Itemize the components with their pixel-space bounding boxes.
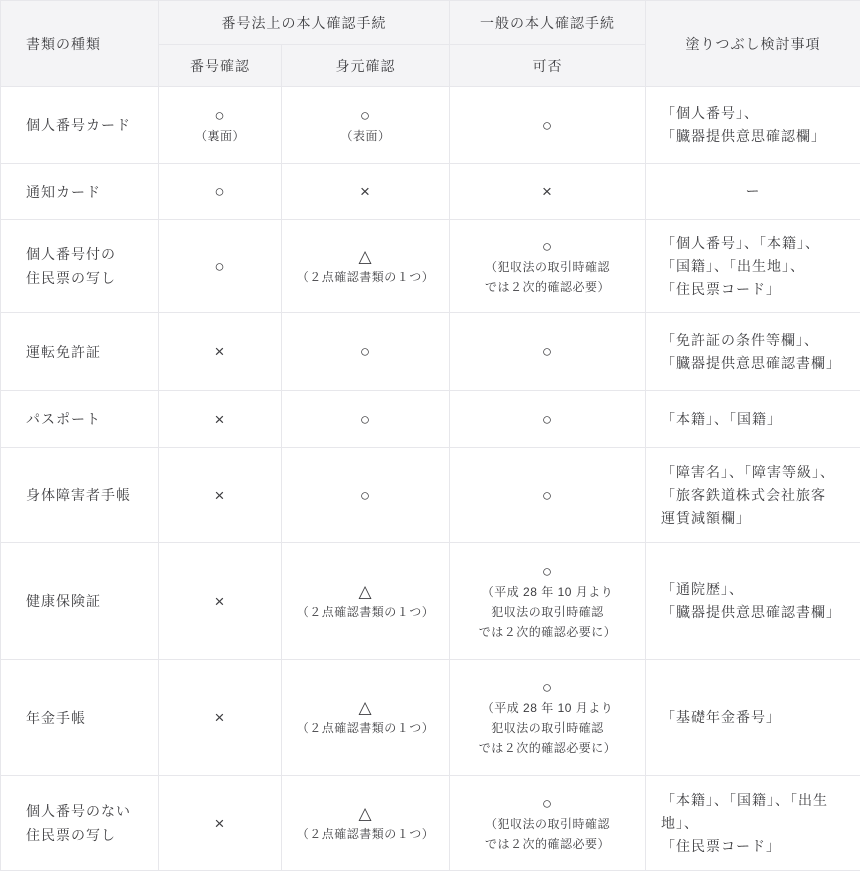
- blackout-cell: 「本籍」、「国籍」、「出生地」、 「住民票コード」: [646, 776, 860, 871]
- identity-check-symbol: ○: [290, 341, 441, 362]
- document-verification-table: 書類の種類 番号法上の本人確認手続 一般の本人確認手続 塗りつぶし検討事項 番号…: [0, 0, 860, 871]
- allowed-symbol: ○: [458, 485, 637, 506]
- number-check-cell: ×: [159, 543, 282, 660]
- document-type-cell: パスポート: [1, 391, 159, 448]
- number-check-cell: ×: [159, 391, 282, 448]
- document-type-cell: 年金手帳: [1, 660, 159, 776]
- blackout-cell: 「通院歴」、 「臓器提供意思確認書欄」: [646, 543, 860, 660]
- table-row-passport: パスポート × ○ ○ 「本籍」、「国籍」: [1, 391, 860, 448]
- allowed-cell: ○ （犯収法の取引時確認 では２次的確認必要）: [450, 220, 646, 313]
- identity-check-symbol: △: [290, 581, 441, 602]
- table-row-notification-card: 通知カード ○ × × ー: [1, 164, 860, 220]
- identity-check-symbol: ○: [290, 105, 441, 126]
- table-row-pension-book: 年金手帳 × △ （２点確認書類の１つ） ○ （平成 28 年 10 月より 犯…: [1, 660, 860, 776]
- header-allowed: 可否: [450, 45, 646, 87]
- identity-check-cell: ○: [282, 391, 450, 448]
- identity-check-note: （表面）: [290, 126, 441, 146]
- table-row-resident-copy-without-number: 個人番号のない 住民票の写し × △ （２点確認書類の１つ） ○ （犯収法の取引…: [1, 776, 860, 871]
- identity-check-symbol: ○: [290, 485, 441, 506]
- number-check-cell: ○: [159, 164, 282, 220]
- number-check-cell: ×: [159, 313, 282, 391]
- header-blackout-items: 塗りつぶし検討事項: [646, 1, 860, 87]
- header-number-act-group: 番号法上の本人確認手続: [159, 1, 450, 45]
- header-row-groups: 書類の種類 番号法上の本人確認手続 一般の本人確認手続 塗りつぶし検討事項: [1, 1, 860, 45]
- identity-check-cell: ○ （表面）: [282, 87, 450, 164]
- allowed-note: （平成 28 年 10 月より 犯収法の取引時確認 では２次的確認必要に）: [458, 582, 637, 642]
- blackout-cell: 「個人番号」、「本籍」、 「国籍」、「出生地」、 「住民票コード」: [646, 220, 860, 313]
- identity-check-symbol: △: [290, 697, 441, 718]
- identity-check-note: （２点確認書類の１つ）: [290, 718, 441, 738]
- number-check-cell: ×: [159, 776, 282, 871]
- identity-check-note: （２点確認書類の１つ）: [290, 602, 441, 622]
- table-row-health-insurance-card: 健康保険証 × △ （２点確認書類の１つ） ○ （平成 28 年 10 月より …: [1, 543, 860, 660]
- allowed-symbol: ○: [458, 677, 637, 698]
- identity-check-symbol: ○: [290, 409, 441, 430]
- number-check-symbol: ×: [167, 485, 273, 506]
- allowed-symbol: ×: [458, 181, 637, 202]
- allowed-symbol: ○: [458, 236, 637, 257]
- allowed-symbol: ○: [458, 115, 637, 136]
- identity-check-cell: ○: [282, 313, 450, 391]
- allowed-note: （犯収法の取引時確認 では２次的確認必要）: [458, 814, 637, 854]
- number-check-symbol: ×: [167, 341, 273, 362]
- number-check-symbol: ○: [167, 256, 273, 277]
- blackout-cell: 「個人番号」、 「臓器提供意思確認欄」: [646, 87, 860, 164]
- allowed-symbol: ○: [458, 409, 637, 430]
- allowed-cell: ○: [450, 448, 646, 543]
- document-type-cell: 健康保険証: [1, 543, 159, 660]
- document-type-cell: 通知カード: [1, 164, 159, 220]
- number-check-symbol: ×: [167, 707, 273, 728]
- identity-check-note: （２点確認書類の１つ）: [290, 267, 441, 287]
- header-document-type: 書類の種類: [1, 1, 159, 87]
- allowed-cell: ○: [450, 391, 646, 448]
- identity-check-cell: ×: [282, 164, 450, 220]
- identity-check-cell: △ （２点確認書類の１つ）: [282, 220, 450, 313]
- number-check-cell: ○ （裏面）: [159, 87, 282, 164]
- table-row-resident-copy-with-number: 個人番号付の 住民票の写し ○ △ （２点確認書類の１つ） ○ （犯収法の取引時…: [1, 220, 860, 313]
- number-check-symbol: ○: [167, 181, 273, 202]
- blackout-cell: ー: [646, 164, 860, 220]
- header-number-check: 番号確認: [159, 45, 282, 87]
- identity-check-cell: ○: [282, 448, 450, 543]
- number-check-symbol: ×: [167, 591, 273, 612]
- number-check-note: （裏面）: [167, 126, 273, 146]
- allowed-cell: ○: [450, 313, 646, 391]
- number-check-cell: ×: [159, 448, 282, 543]
- table-row-disability-certificate: 身体障害者手帳 × ○ ○ 「障害名」、「障害等級」、 「旅客鉄道株式会社旅客 …: [1, 448, 860, 543]
- document-type-cell: 個人番号カード: [1, 87, 159, 164]
- header-general-group: 一般の本人確認手続: [450, 1, 646, 45]
- document-type-cell: 個人番号付の 住民票の写し: [1, 220, 159, 313]
- allowed-cell: ○ （平成 28 年 10 月より 犯収法の取引時確認 では２次的確認必要に）: [450, 543, 646, 660]
- identity-check-symbol: ×: [290, 181, 441, 202]
- allowed-note: （平成 28 年 10 月より 犯収法の取引時確認 では２次的確認必要に）: [458, 698, 637, 758]
- identity-check-symbol: △: [290, 246, 441, 267]
- document-type-cell: 身体障害者手帳: [1, 448, 159, 543]
- identity-check-cell: △ （２点確認書類の１つ）: [282, 543, 450, 660]
- allowed-symbol: ○: [458, 561, 637, 582]
- table-header: 書類の種類 番号法上の本人確認手続 一般の本人確認手続 塗りつぶし検討事項 番号…: [1, 1, 860, 87]
- blackout-cell: 「免許証の条件等欄」、 「臓器提供意思確認書欄」: [646, 313, 860, 391]
- allowed-symbol: ○: [458, 341, 637, 362]
- allowed-cell: ×: [450, 164, 646, 220]
- allowed-note: （犯収法の取引時確認 では２次的確認必要）: [458, 257, 637, 297]
- document-type-cell: 運転免許証: [1, 313, 159, 391]
- blackout-cell: 「本籍」、「国籍」: [646, 391, 860, 448]
- identity-check-cell: △ （２点確認書類の１つ）: [282, 660, 450, 776]
- number-check-cell: ×: [159, 660, 282, 776]
- identity-check-cell: △ （２点確認書類の１つ）: [282, 776, 450, 871]
- table-row-drivers-license: 運転免許証 × ○ ○ 「免許証の条件等欄」、 「臓器提供意思確認書欄」: [1, 313, 860, 391]
- allowed-cell: ○: [450, 87, 646, 164]
- identity-check-note: （２点確認書類の１つ）: [290, 824, 441, 844]
- document-type-cell: 個人番号のない 住民票の写し: [1, 776, 159, 871]
- blackout-cell: 「基礎年金番号」: [646, 660, 860, 776]
- table-row-my-number-card: 個人番号カード ○ （裏面） ○ （表面） ○ 「個人番号」、 「臓器提供意思確…: [1, 87, 860, 164]
- header-identity-check: 身元確認: [282, 45, 450, 87]
- number-check-symbol: ×: [167, 409, 273, 430]
- allowed-cell: ○ （平成 28 年 10 月より 犯収法の取引時確認 では２次的確認必要に）: [450, 660, 646, 776]
- allowed-symbol: ○: [458, 793, 637, 814]
- allowed-cell: ○ （犯収法の取引時確認 では２次的確認必要）: [450, 776, 646, 871]
- number-check-symbol: ○: [167, 105, 273, 126]
- number-check-cell: ○: [159, 220, 282, 313]
- identity-check-symbol: △: [290, 803, 441, 824]
- blackout-cell: 「障害名」、「障害等級」、 「旅客鉄道株式会社旅客 運賃減額欄」: [646, 448, 860, 543]
- table-body: 個人番号カード ○ （裏面） ○ （表面） ○ 「個人番号」、 「臓器提供意思確…: [1, 87, 860, 871]
- number-check-symbol: ×: [167, 813, 273, 834]
